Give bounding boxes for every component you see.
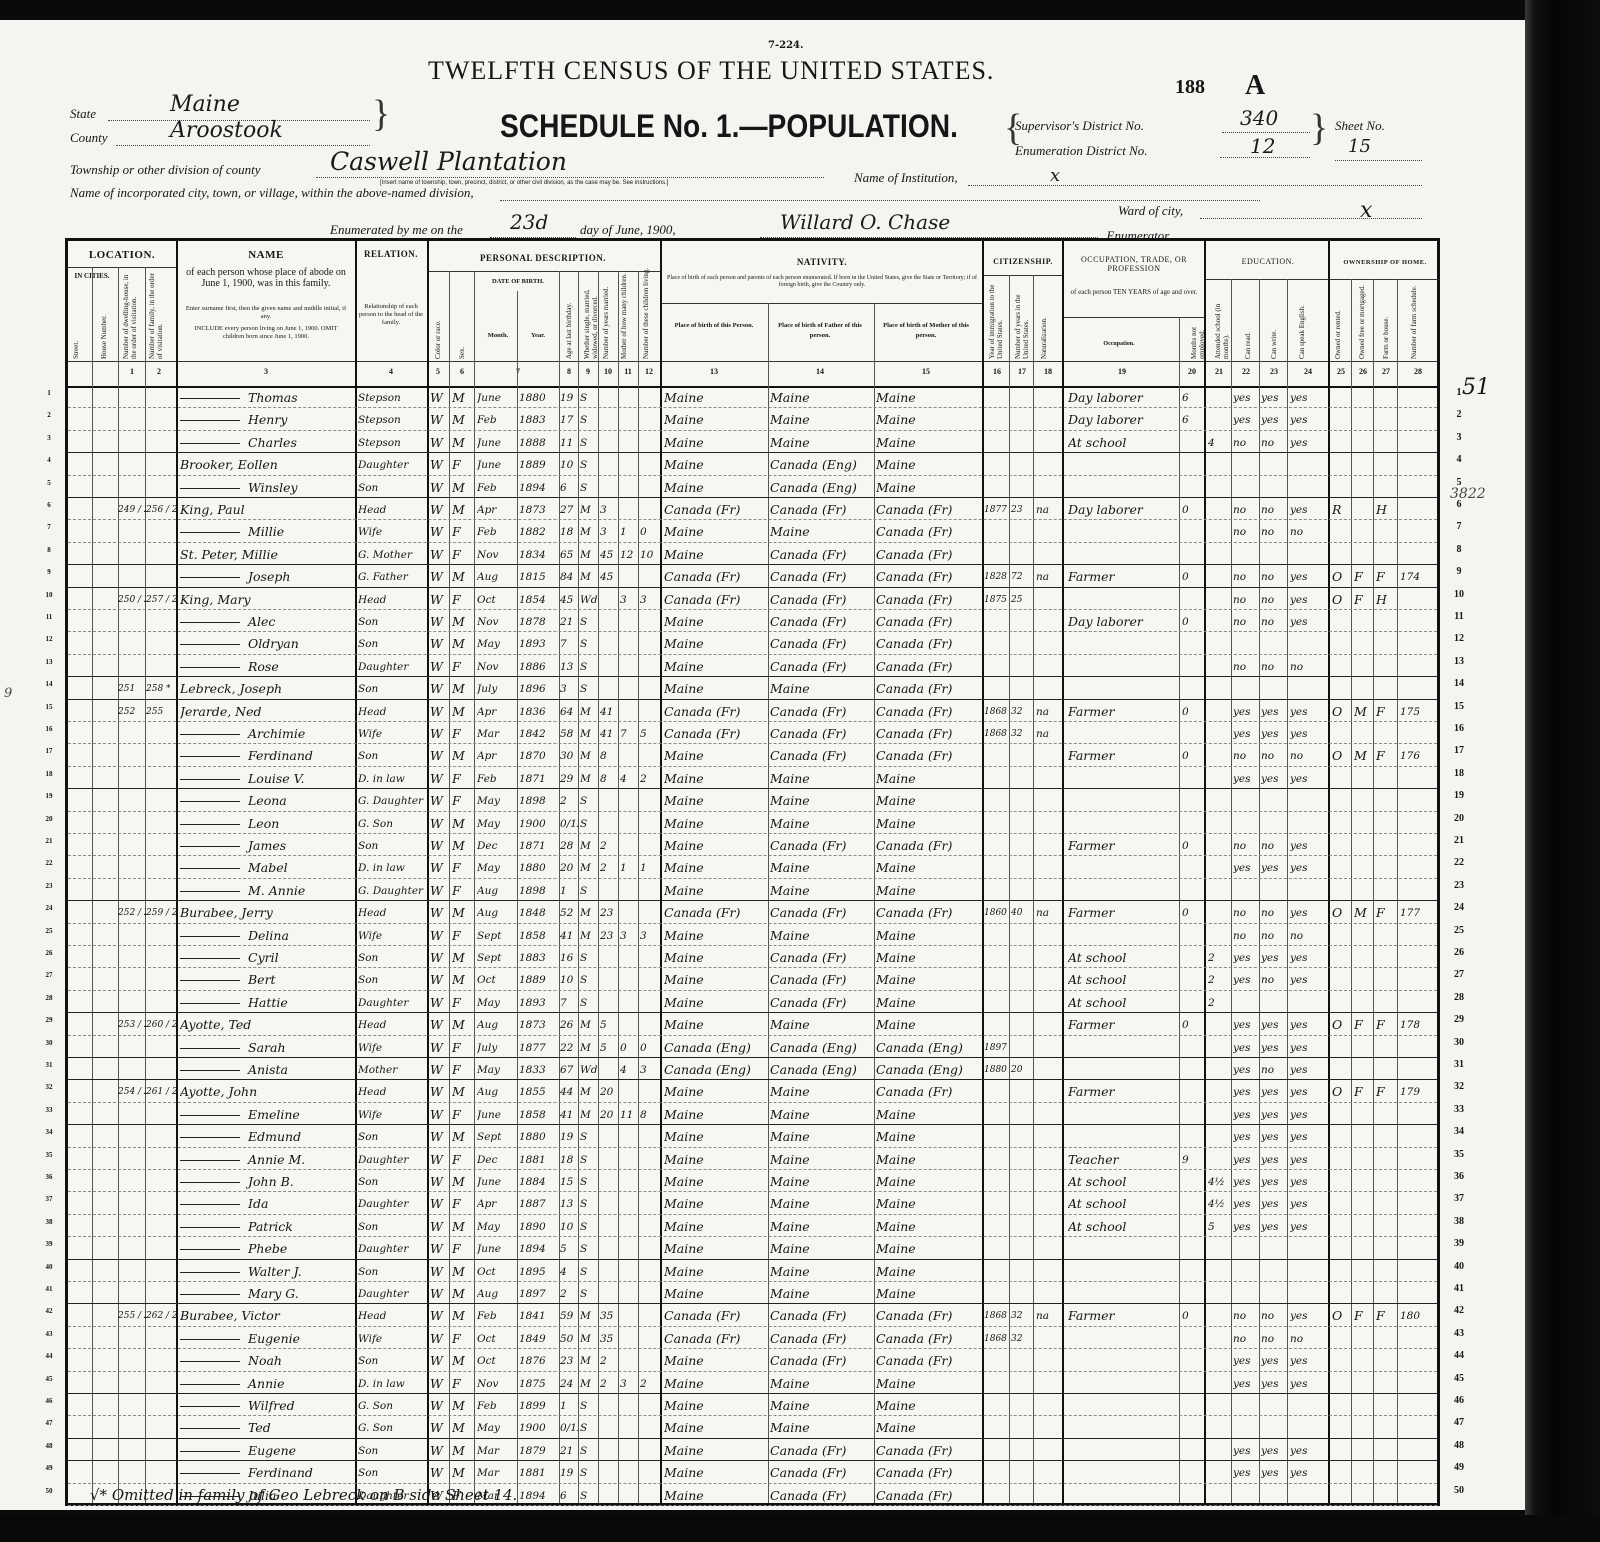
cell-write: yes bbox=[1261, 1439, 1287, 1461]
cell-month: Aug bbox=[477, 1282, 517, 1304]
cell-imm bbox=[984, 1394, 1009, 1416]
cell-nat bbox=[1036, 543, 1062, 565]
row-number: 42 bbox=[1448, 1305, 1470, 1316]
cell-year: 1887 bbox=[519, 1192, 559, 1214]
cell-fm bbox=[1354, 453, 1372, 475]
cell-mo bbox=[620, 476, 638, 498]
table-row: 252 / 253259 / 256Burabee, JerryHeadWMAu… bbox=[68, 901, 1437, 923]
cell-yus bbox=[1011, 1416, 1033, 1438]
cell-mo bbox=[620, 968, 638, 990]
cell-bp: Canada (Fr) bbox=[664, 565, 768, 587]
cell-ym bbox=[600, 991, 618, 1013]
cell-write: yes bbox=[1261, 700, 1287, 722]
cell-sex: F bbox=[452, 1036, 474, 1058]
cell-cl bbox=[640, 1215, 660, 1237]
cell-fh bbox=[1376, 543, 1396, 565]
cell-unemp: 0 bbox=[1182, 834, 1204, 856]
cell-read: no bbox=[1233, 588, 1259, 610]
cell-fam bbox=[146, 408, 176, 430]
cell-yus: 40 bbox=[1011, 901, 1033, 923]
cell-age: 20 bbox=[560, 856, 578, 878]
cell-fh bbox=[1376, 968, 1396, 990]
cell-fm bbox=[1354, 1416, 1372, 1438]
dwelling-number-header: Number of dwelling-house, in the order o… bbox=[122, 269, 138, 359]
cell-bf: Canada (Fr) bbox=[770, 722, 874, 744]
cell-unemp bbox=[1182, 991, 1204, 1013]
cell-imm: 1868 bbox=[984, 722, 1009, 744]
cell-color: W bbox=[430, 968, 448, 990]
ditto-dash bbox=[180, 1272, 240, 1273]
person-name: King, Mary bbox=[180, 592, 251, 607]
cell-mo bbox=[620, 408, 638, 430]
cell-fam bbox=[146, 453, 176, 475]
row-number-left: 22 bbox=[40, 859, 58, 867]
cell-occ: At school bbox=[1068, 946, 1178, 968]
cell-month: Feb bbox=[477, 767, 517, 789]
cell-rel: G. Daughter bbox=[358, 789, 426, 811]
ditto-dash bbox=[180, 398, 240, 399]
cell-year: 1875 bbox=[519, 1372, 559, 1394]
cell-cl bbox=[640, 991, 660, 1013]
cell-year: 1876 bbox=[519, 1349, 559, 1371]
cell-bp: Maine bbox=[664, 431, 768, 453]
cell-month: Oct bbox=[477, 1327, 517, 1349]
cell-yus bbox=[1011, 677, 1033, 699]
cell-name: Ted bbox=[180, 1416, 354, 1438]
table-row: SarahWifeWFJuly187722M500Canada (Eng)Can… bbox=[68, 1036, 1437, 1058]
cell-ym bbox=[600, 1439, 618, 1461]
row-number-left: 8 bbox=[40, 546, 58, 554]
cell-yus bbox=[1011, 543, 1033, 565]
cell-rel: D. in law bbox=[358, 856, 426, 878]
colnum-19: 19 bbox=[1064, 367, 1180, 376]
cell-color: W bbox=[430, 1148, 448, 1170]
cell-mo bbox=[620, 744, 638, 766]
cell-ym: 8 bbox=[600, 767, 618, 789]
cell-sex: M bbox=[452, 744, 474, 766]
cell-own bbox=[1332, 812, 1350, 834]
row-number: 25 bbox=[1448, 925, 1470, 936]
cell-name: Sarah bbox=[180, 1036, 354, 1058]
person-name: Cyril bbox=[248, 950, 279, 965]
cell-eng: no bbox=[1290, 924, 1326, 946]
cell-eng: yes bbox=[1290, 610, 1326, 632]
cell-month: Feb bbox=[477, 520, 517, 542]
row-number-left: 24 bbox=[40, 904, 58, 912]
cell-sex: M bbox=[452, 1215, 474, 1237]
cell-bm: Maine bbox=[876, 1282, 982, 1304]
cell-age: 65 bbox=[560, 543, 578, 565]
person-name: Oldryan bbox=[248, 636, 299, 651]
cell-dw bbox=[118, 968, 146, 990]
cell-fm bbox=[1354, 1461, 1372, 1483]
table-body: ThomasStepsonWMJune188019SMaineMaineMain… bbox=[68, 386, 1437, 1506]
cell-write bbox=[1261, 991, 1287, 1013]
person-name: King, Paul bbox=[180, 502, 245, 517]
cell-cl bbox=[640, 408, 660, 430]
cell-eng: no bbox=[1290, 1327, 1326, 1349]
colnum-4: 4 bbox=[356, 367, 426, 376]
cell-sch: 4½ bbox=[1208, 1192, 1230, 1214]
table-row: PhebeDaughterWFJune18945SMaineMaineMaine bbox=[68, 1237, 1437, 1259]
cell-nat bbox=[1036, 879, 1062, 901]
cell-ym: 35 bbox=[600, 1304, 618, 1326]
supervisor-line bbox=[1222, 132, 1310, 133]
cell-bp: Maine bbox=[664, 632, 768, 654]
ditto-dash bbox=[180, 868, 240, 869]
cell-fm bbox=[1354, 1260, 1372, 1282]
cell-yus bbox=[1011, 834, 1033, 856]
cell-rel: Wife bbox=[358, 520, 426, 542]
cell-fam bbox=[146, 1327, 176, 1349]
ward-label: Ward of city, bbox=[1118, 203, 1183, 219]
cell-year: 1880 bbox=[519, 386, 559, 408]
cell-color: W bbox=[430, 431, 448, 453]
cell-month: Dec bbox=[477, 1148, 517, 1170]
cell-nat bbox=[1036, 453, 1062, 475]
ditto-dash bbox=[180, 824, 240, 825]
cell-read bbox=[1233, 879, 1259, 901]
cell-age: 84 bbox=[560, 565, 578, 587]
cell-fs bbox=[1400, 812, 1438, 834]
cell-occ bbox=[1068, 1484, 1178, 1506]
cell-year: 1858 bbox=[519, 924, 559, 946]
cell-name: Emeline bbox=[180, 1103, 354, 1125]
free-mortgaged-header: Owned free or mortgaged. bbox=[1358, 275, 1366, 359]
cell-fm bbox=[1354, 879, 1372, 901]
cell-age: 26 bbox=[560, 1013, 578, 1035]
cell-own bbox=[1332, 1237, 1350, 1259]
cell-mo bbox=[620, 1148, 638, 1170]
cell-age: 0/12 bbox=[560, 1416, 578, 1438]
cell-ym bbox=[600, 1148, 618, 1170]
cell-sch bbox=[1208, 1237, 1230, 1259]
cell-fm bbox=[1354, 1058, 1372, 1080]
year-header: Year. bbox=[518, 331, 558, 341]
cell-ym: 23 bbox=[600, 901, 618, 923]
cell-sch bbox=[1208, 1080, 1230, 1102]
cell-bf: Maine bbox=[770, 1372, 874, 1394]
cell-rel: D. in law bbox=[358, 767, 426, 789]
table-row: LeonaG. DaughterWFMay18982SMaineMaineMai… bbox=[68, 789, 1437, 811]
cell-name: Edmund bbox=[180, 1125, 354, 1147]
cell-occ bbox=[1068, 879, 1178, 901]
cell-month: Mar bbox=[477, 1439, 517, 1461]
cell-yus bbox=[1011, 610, 1033, 632]
ditto-dash bbox=[180, 1339, 240, 1340]
cell-fam bbox=[146, 1215, 176, 1237]
colnum-22: 22 bbox=[1232, 367, 1260, 376]
cell-imm: 1860 bbox=[984, 901, 1009, 923]
cell-write bbox=[1261, 543, 1287, 565]
cell-write: yes bbox=[1261, 1125, 1287, 1147]
cell-bp: Maine bbox=[664, 610, 768, 632]
row-number: 35 bbox=[1448, 1149, 1470, 1160]
cell-write bbox=[1261, 632, 1287, 654]
cell-nat bbox=[1036, 744, 1062, 766]
cell-ms: M bbox=[580, 498, 598, 520]
cell-sex: F bbox=[452, 543, 474, 565]
cell-sex: F bbox=[452, 588, 474, 610]
cell-imm bbox=[984, 1125, 1009, 1147]
cell-mo bbox=[620, 901, 638, 923]
cell-year: 1896 bbox=[519, 677, 559, 699]
cell-month: May bbox=[477, 991, 517, 1013]
cell-eng bbox=[1290, 1282, 1326, 1304]
cell-fam: 257 / 254 bbox=[146, 588, 176, 610]
cell-eng bbox=[1290, 1484, 1326, 1506]
cell-sch bbox=[1208, 1282, 1230, 1304]
cell-own: O bbox=[1332, 744, 1350, 766]
cell-occ bbox=[1068, 722, 1178, 744]
cell-mo: 3 bbox=[620, 1372, 638, 1394]
cell-occ bbox=[1068, 543, 1178, 565]
row-number: 12 bbox=[1448, 633, 1470, 644]
cell-year: 1881 bbox=[519, 1148, 559, 1170]
cell-year: 1884 bbox=[519, 1170, 559, 1192]
cell-sch bbox=[1208, 655, 1230, 677]
cell-year: 1898 bbox=[519, 789, 559, 811]
cell-own bbox=[1332, 1349, 1350, 1371]
cell-month: Sept bbox=[477, 946, 517, 968]
cell-yus bbox=[1011, 386, 1033, 408]
colnum-7: 7 bbox=[476, 367, 560, 376]
cell-read bbox=[1233, 1416, 1259, 1438]
cell-month: Sept bbox=[477, 1125, 517, 1147]
cell-bf: Maine bbox=[770, 1260, 874, 1282]
cell-color: W bbox=[430, 924, 448, 946]
cell-nat bbox=[1036, 655, 1062, 677]
cell-nat: na bbox=[1036, 722, 1062, 744]
row-number-left: 7 bbox=[40, 523, 58, 531]
cell-fh: F bbox=[1376, 901, 1396, 923]
cell-occ: Teacher bbox=[1068, 1148, 1178, 1170]
cell-bp: Maine bbox=[664, 812, 768, 834]
cell-age: 30 bbox=[560, 744, 578, 766]
cell-unemp bbox=[1182, 946, 1204, 968]
ditto-dash bbox=[180, 1361, 240, 1362]
cell-cl: 2 bbox=[640, 767, 660, 789]
cell-own bbox=[1332, 1484, 1350, 1506]
cell-nat bbox=[1036, 1416, 1062, 1438]
cell-ym bbox=[600, 968, 618, 990]
table-row: JamesSonWMDec187128M2MaineCanada (Fr)Can… bbox=[68, 834, 1437, 856]
cell-age: 6 bbox=[560, 1484, 578, 1506]
cell-read: yes bbox=[1233, 1372, 1259, 1394]
cell-bm: Maine bbox=[876, 431, 982, 453]
cell-bf: Canada (Fr) bbox=[770, 588, 874, 610]
cell-fs bbox=[1400, 677, 1438, 699]
cell-mo bbox=[620, 1304, 638, 1326]
cell-nat bbox=[1036, 1013, 1062, 1035]
cell-color: W bbox=[430, 520, 448, 542]
person-name: Alec bbox=[248, 614, 275, 629]
brace-left: } bbox=[372, 92, 390, 136]
cell-ym: 41 bbox=[600, 700, 618, 722]
cell-occ bbox=[1068, 1260, 1178, 1282]
cell-fh bbox=[1376, 1439, 1396, 1461]
cell-read: yes bbox=[1233, 700, 1259, 722]
cell-fam bbox=[146, 1282, 176, 1304]
cell-yus bbox=[1011, 744, 1033, 766]
cell-fh bbox=[1376, 924, 1396, 946]
cell-age: 10 bbox=[560, 453, 578, 475]
cell-rel: Head bbox=[358, 588, 426, 610]
cell-nat bbox=[1036, 520, 1062, 542]
row-number: 18 bbox=[1448, 768, 1470, 779]
cell-bm: Maine bbox=[876, 1125, 982, 1147]
cell-fs bbox=[1400, 1327, 1438, 1349]
cell-bm: Canada (Fr) bbox=[876, 1327, 982, 1349]
colnum-24: 24 bbox=[1288, 367, 1328, 376]
cell-nat bbox=[1036, 1349, 1062, 1371]
cell-fm bbox=[1354, 431, 1372, 453]
cell-ms: S bbox=[580, 991, 598, 1013]
cell-write: no bbox=[1261, 498, 1287, 520]
cell-rel: Son bbox=[358, 677, 426, 699]
person-name: Burabee, Jerry bbox=[180, 905, 273, 920]
cell-fm bbox=[1354, 968, 1372, 990]
cell-ym: 2 bbox=[600, 834, 618, 856]
ditto-dash bbox=[180, 488, 240, 489]
cell-eng: yes bbox=[1290, 946, 1326, 968]
cell-sch: 4½ bbox=[1208, 1170, 1230, 1192]
cell-bp: Maine bbox=[664, 1080, 768, 1102]
cell-month: Oct bbox=[477, 968, 517, 990]
cell-own bbox=[1332, 879, 1350, 901]
cell-rel: Wife bbox=[358, 924, 426, 946]
cell-color: W bbox=[430, 1192, 448, 1214]
cell-occ: Farmer bbox=[1068, 901, 1178, 923]
cell-month: Apr bbox=[477, 1192, 517, 1214]
cell-bf: Maine bbox=[770, 1192, 874, 1214]
cell-ym bbox=[600, 946, 618, 968]
cell-bf: Canada (Eng) bbox=[770, 476, 874, 498]
cell-fam bbox=[146, 856, 176, 878]
person-name: Patrick bbox=[248, 1219, 293, 1234]
cell-imm bbox=[984, 431, 1009, 453]
cell-own: O bbox=[1332, 700, 1350, 722]
cell-ym bbox=[600, 588, 618, 610]
cell-year: 1848 bbox=[519, 901, 559, 923]
cell-rel: Son bbox=[358, 1260, 426, 1282]
cell-fs bbox=[1400, 789, 1438, 811]
cell-sch bbox=[1208, 1260, 1230, 1282]
ditto-dash bbox=[180, 734, 240, 735]
cell-nat bbox=[1036, 1080, 1062, 1102]
cell-fm bbox=[1354, 1215, 1372, 1237]
cell-mo bbox=[620, 1170, 638, 1192]
cell-dw bbox=[118, 1125, 146, 1147]
cell-name: Charles bbox=[180, 431, 354, 453]
cell-bm: Canada (Fr) bbox=[876, 588, 982, 610]
cell-bp: Canada (Eng) bbox=[664, 1036, 768, 1058]
cell-sex: M bbox=[452, 632, 474, 654]
cell-ms: M bbox=[580, 856, 598, 878]
cell-name: Burabee, Jerry bbox=[180, 901, 354, 923]
cell-color: W bbox=[430, 1125, 448, 1147]
sex-header: Sex. bbox=[458, 331, 466, 359]
cell-fm: F bbox=[1354, 565, 1372, 587]
cell-year: 1836 bbox=[519, 700, 559, 722]
person-name: Winsley bbox=[248, 480, 298, 495]
cell-imm: 1897 bbox=[984, 1036, 1009, 1058]
cell-imm bbox=[984, 453, 1009, 475]
cell-fh bbox=[1376, 1036, 1396, 1058]
cell-age: 13 bbox=[560, 1192, 578, 1214]
cell-dw bbox=[118, 789, 146, 811]
cell-write bbox=[1261, 1416, 1287, 1438]
cell-name: M. Annie bbox=[180, 879, 354, 901]
cell-month: Aug bbox=[477, 901, 517, 923]
cell-own bbox=[1332, 789, 1350, 811]
person-name: Eugenie bbox=[248, 1331, 300, 1346]
row-number-left: 43 bbox=[40, 1330, 58, 1338]
cell-write bbox=[1261, 879, 1287, 901]
cell-rel: Wife bbox=[358, 1103, 426, 1125]
cell-month: Feb bbox=[477, 408, 517, 430]
person-name: Burabee, Victor bbox=[180, 1308, 280, 1323]
cell-read: no bbox=[1233, 610, 1259, 632]
cell-sch bbox=[1208, 856, 1230, 878]
row-number-left: 19 bbox=[40, 792, 58, 800]
cell-age: 5 bbox=[560, 1237, 578, 1259]
cell-rel: Son bbox=[358, 834, 426, 856]
row-number: 31 bbox=[1448, 1059, 1470, 1070]
cell-rel: G. Son bbox=[358, 1416, 426, 1438]
cell-sex: F bbox=[452, 1372, 474, 1394]
cell-bf: Maine bbox=[770, 924, 874, 946]
cell-read bbox=[1233, 453, 1259, 475]
cell-mo bbox=[620, 498, 638, 520]
cell-cl bbox=[640, 1125, 660, 1147]
colnum-6: 6 bbox=[450, 367, 474, 376]
cell-own bbox=[1332, 1058, 1350, 1080]
cell-sex: M bbox=[452, 901, 474, 923]
cell-name: Annie bbox=[180, 1372, 354, 1394]
cell-fam bbox=[146, 476, 176, 498]
row-number: 32 bbox=[1448, 1081, 1470, 1092]
cell-fh: F bbox=[1376, 565, 1396, 587]
cell-own bbox=[1332, 1192, 1350, 1214]
cell-cl bbox=[640, 1148, 660, 1170]
cell-sch bbox=[1208, 1416, 1230, 1438]
cell-name: Rose bbox=[180, 655, 354, 677]
cell-fm bbox=[1354, 946, 1372, 968]
cell-yus bbox=[1011, 1080, 1033, 1102]
cell-occ bbox=[1068, 1103, 1178, 1125]
table-row: EdmundSonWMSept188019SMaineMaineMaineyes… bbox=[68, 1125, 1437, 1147]
cell-eng: yes bbox=[1290, 767, 1326, 789]
cell-mo bbox=[620, 453, 638, 475]
cell-age: 19 bbox=[560, 1125, 578, 1147]
colnum-28: 28 bbox=[1398, 367, 1438, 376]
cell-read: yes bbox=[1233, 1036, 1259, 1058]
cell-dw bbox=[118, 722, 146, 744]
attended-school-header: Attended school (in months). bbox=[1214, 285, 1230, 359]
mother-of-header: Mother of how many children. bbox=[620, 265, 628, 359]
cell-sch bbox=[1208, 1103, 1230, 1125]
cell-yus bbox=[1011, 1103, 1033, 1125]
cell-unemp bbox=[1182, 1394, 1204, 1416]
cell-read: yes bbox=[1233, 767, 1259, 789]
cell-read bbox=[1233, 476, 1259, 498]
colnum-16: 16 bbox=[984, 367, 1010, 376]
cell-ms: S bbox=[580, 610, 598, 632]
cell-month: June bbox=[477, 1237, 517, 1259]
cell-age: 10 bbox=[560, 1215, 578, 1237]
ward-line bbox=[1200, 218, 1422, 219]
